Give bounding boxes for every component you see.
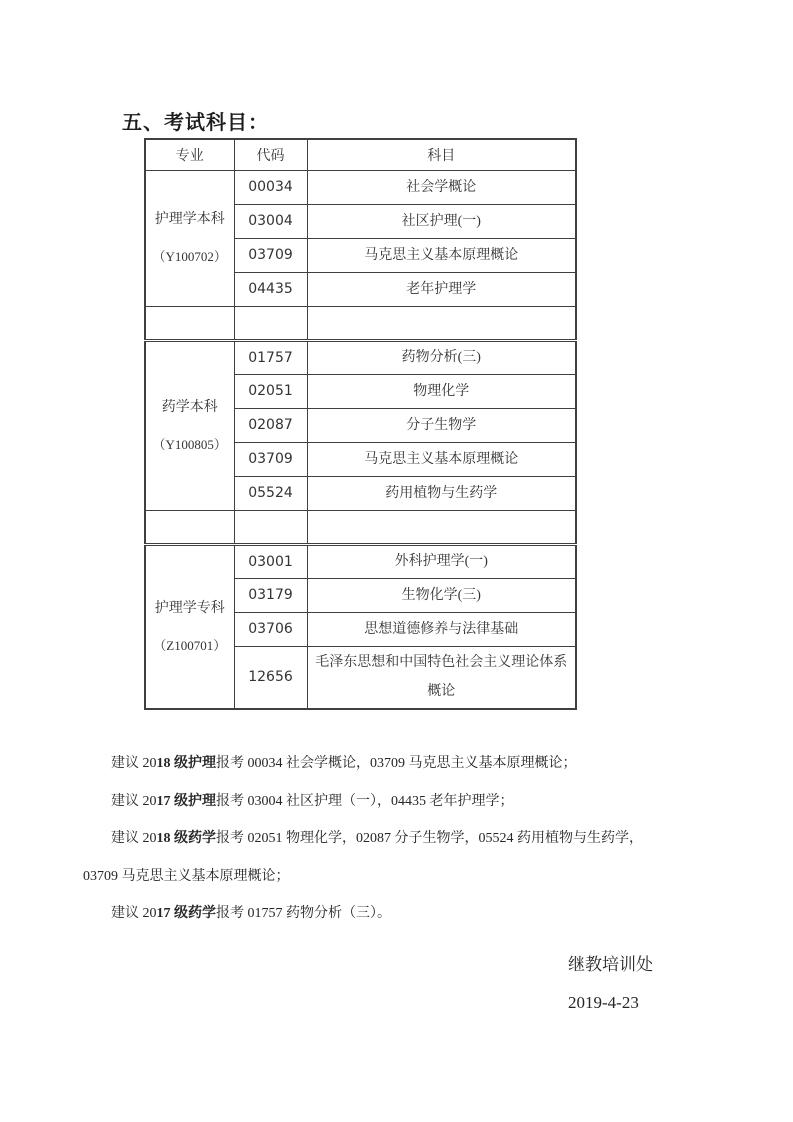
exam-subjects-table-wrapper: 专业 代码 科目 护理学本科 （Y100702） 00034 社会学概论 030… (144, 138, 577, 710)
code-cell: 04435 (234, 272, 307, 306)
recommendation-paragraph: 建议 2017 级护理报考 03004 社区护理（一），04435 老年护理学； (83, 783, 763, 821)
subject-cell: 马克思主义基本原理概论 (307, 442, 576, 476)
empty-cell (234, 306, 307, 340)
rec-prefix: 建议 20 (111, 794, 157, 809)
rec-prefix: 建议 20 (111, 831, 157, 846)
header-code: 代码 (234, 139, 307, 170)
table-row: 护理学专科 （Z100701） 03001 外科护理学(一) (145, 544, 576, 578)
code-cell: 02087 (234, 408, 307, 442)
major-cell: 药学本科 （Y100805） (145, 340, 234, 510)
rec-bold: 17 级护理 (157, 794, 217, 809)
code-cell: 03004 (234, 204, 307, 238)
subject-cell: 药物分析(三) (307, 340, 576, 374)
rec-rest: 报考 00034 社会学概论，03709 马克思主义基本原理概论； (216, 756, 577, 771)
subject-cell: 思想道德修养与法律基础 (307, 612, 576, 646)
code-cell: 01757 (234, 340, 307, 374)
header-major: 专业 (145, 139, 234, 170)
empty-cell (307, 306, 576, 340)
code-cell: 03709 (234, 442, 307, 476)
recommendation-paragraph: 建议 2018 级药学报考 02051 物理化学，02087 分子生物学，055… (83, 820, 763, 895)
major-name: 护理学专科 (148, 590, 232, 627)
rec-continuation-line: 03709 马克思主义基本原理概论； (83, 858, 763, 896)
recommendation-paragraph: 建议 2017 级药学报考 01757 药物分析（三）。 (83, 895, 763, 933)
empty-row (145, 306, 576, 340)
empty-cell (145, 306, 234, 340)
code-cell: 03706 (234, 612, 307, 646)
empty-cell (234, 510, 307, 544)
signature-block: 继教培训处 2019-4-23 (568, 946, 653, 1022)
rec-bold: 17 级药学 (157, 906, 217, 921)
major-name: 药学本科 (148, 389, 232, 426)
code-cell: 02051 (234, 374, 307, 408)
rec-bold: 18 级护理 (157, 756, 217, 771)
subject-cell: 分子生物学 (307, 408, 576, 442)
empty-cell (307, 510, 576, 544)
major-name: 护理学本科 (148, 201, 232, 238)
signature-department: 继教培训处 (568, 946, 653, 984)
subject-cell: 药用植物与生药学 (307, 476, 576, 510)
subject-cell: 生物化学(三) (307, 578, 576, 612)
major-cell: 护理学专科 （Z100701） (145, 544, 234, 709)
rec-rest: 报考 01757 药物分析（三）。 (216, 906, 391, 921)
rec-bold: 18 级药学 (157, 831, 217, 846)
rec-prefix: 建议 20 (111, 906, 157, 921)
subject-cell: 社会学概论 (307, 170, 576, 204)
subject-cell: 外科护理学(一) (307, 544, 576, 578)
table-row: 护理学本科 （Y100702） 00034 社会学概论 (145, 170, 576, 204)
table-row: 药学本科 （Y100805） 01757 药物分析(三) (145, 340, 576, 374)
recommendation-paragraph: 建议 2018 级护理报考 00034 社会学概论，03709 马克思主义基本原… (83, 745, 763, 783)
major-cell: 护理学本科 （Y100702） (145, 170, 234, 306)
document-page: 五、考试科目： 专业 代码 科目 护理学本科 （Y100702） (0, 0, 793, 1122)
subject-cell: 物理化学 (307, 374, 576, 408)
subject-cell: 马克思主义基本原理概论 (307, 238, 576, 272)
recommendations-block: 建议 2018 级护理报考 00034 社会学概论，03709 马克思主义基本原… (83, 745, 763, 933)
exam-subjects-table: 专业 代码 科目 护理学本科 （Y100702） 00034 社会学概论 030… (144, 138, 577, 710)
subject-cell: 社区护理(一) (307, 204, 576, 238)
empty-cell (145, 510, 234, 544)
subject-cell: 老年护理学 (307, 272, 576, 306)
major-code: （Y100702） (148, 238, 232, 275)
header-subject: 科目 (307, 139, 576, 170)
table-header-row: 专业 代码 科目 (145, 139, 576, 170)
code-cell: 12656 (234, 646, 307, 709)
rec-rest: 报考 02051 物理化学，02087 分子生物学，05524 药用植物与生药学… (216, 831, 643, 846)
rec-rest: 报考 03004 社区护理（一），04435 老年护理学； (216, 794, 514, 809)
code-cell: 03709 (234, 238, 307, 272)
code-cell: 03179 (234, 578, 307, 612)
rec-prefix: 建议 20 (111, 756, 157, 771)
code-cell: 00034 (234, 170, 307, 204)
page-title: 五、考试科目： (122, 106, 269, 135)
code-cell: 03001 (234, 544, 307, 578)
subject-cell: 毛泽东思想和中国特色社会主义理论体系概论 (307, 646, 576, 709)
major-code: （Y100805） (148, 426, 232, 463)
code-cell: 05524 (234, 476, 307, 510)
empty-row (145, 510, 576, 544)
signature-date: 2019-4-23 (568, 984, 653, 1022)
major-code: （Z100701） (148, 627, 232, 664)
